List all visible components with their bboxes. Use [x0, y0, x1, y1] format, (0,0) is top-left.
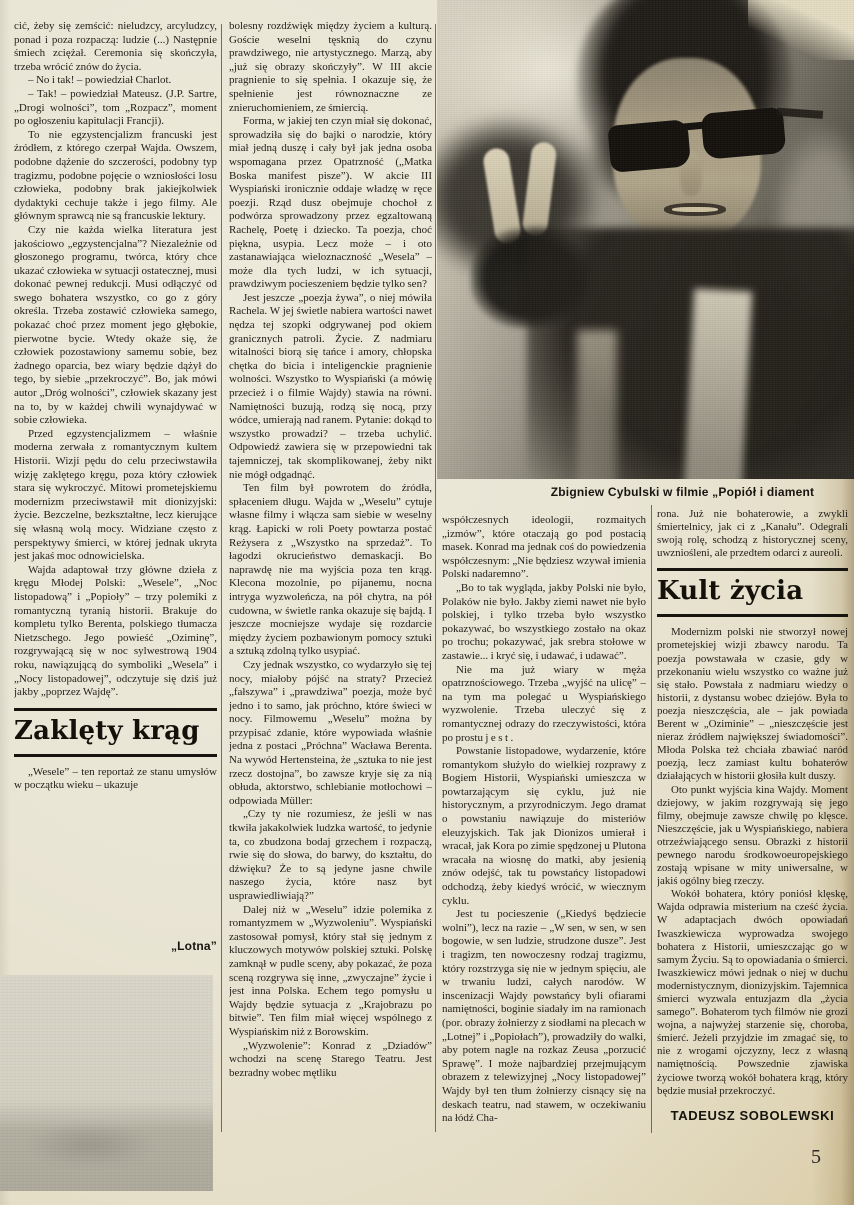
- column-rule-2: [435, 24, 436, 1132]
- photo-caption-lotna: „Lotna”: [14, 939, 217, 953]
- text-column-3: współczesnych ideologii, rozmaitych „izm…: [442, 514, 646, 1142]
- paragraph: Ten film był powrotem do źródła, spłacen…: [229, 482, 432, 659]
- paragraph: rona. Już nie bohaterowie, a zwykli śmie…: [657, 508, 848, 560]
- paragraph: współczesnych ideologii, rozmaitych „izm…: [442, 514, 646, 582]
- quote-paragraph: „Bo to tak wygląda, jakby Polski nie był…: [442, 582, 646, 664]
- paragraph: Oto punkt wyjścia kina Wajdy. Moment dzi…: [657, 784, 848, 889]
- paragraph: Dalej niż w „Weselu” idzie polemika z ro…: [229, 904, 432, 1040]
- paragraph: Powstanie listopadowe, wydarzenie, które…: [442, 745, 646, 908]
- paragraph: Czy nie każda wielka literatura jest jak…: [14, 224, 217, 428]
- paragraph: Przed egzystencjalizmem – właśnie modern…: [14, 428, 217, 564]
- text-column-1: cić, żeby się zemścić: nieludzcy, arcylu…: [14, 20, 217, 932]
- photo-cybulski: [437, 0, 854, 479]
- author-byline: TADEUSZ SOBOLEWSKI: [657, 1108, 848, 1123]
- paragraph: „Wyzwolenie”: Konrad z „Dziadów” wchodzi…: [229, 1040, 432, 1081]
- paragraph: cić, żeby się zemścić: nieludzcy, arcylu…: [14, 20, 217, 74]
- paragraph: Wajda adaptował trzy główne dzieła z krę…: [14, 564, 217, 700]
- paragraph: Forma, w jakiej ten czyn miał się dokona…: [229, 115, 432, 292]
- paragraph: To nie egzystencjalizm francuski jest źr…: [14, 129, 217, 224]
- page-number: 5: [796, 1146, 836, 1169]
- text-column-2: bolesny rozdźwięk między życiem a kultur…: [229, 20, 432, 1146]
- photo-caption-cybulski: Zbigniew Cybulski w filmie „Popiół i dia…: [515, 485, 850, 499]
- paragraph: Wokół bohatera, który poniósł klęskę, Wa…: [657, 888, 848, 1098]
- magazine-page: Zbigniew Cybulski w filmie „Popiół i dia…: [0, 0, 854, 1205]
- dialogue-line: – Tak! – powiedział Mateusz. (J.P. Sartr…: [14, 88, 217, 129]
- section-heading-kult-zycia: Kult życia: [657, 568, 848, 617]
- paragraph: Nie ma już wiary w męża opatrznościowego…: [442, 664, 646, 746]
- quote-paragraph: „Czy ty nie rozumiesz, że jeśli w nas tk…: [229, 808, 432, 903]
- paragraph: Modernizm polski nie stworzył nowej prom…: [657, 626, 848, 783]
- paragraph: „Wesele” – ten reportaż ze stanu umysłów…: [14, 766, 217, 793]
- dialogue-line: – No i tak! – powiedział Charlot.: [14, 74, 217, 88]
- paragraph: Jest jeszcze „poezja żywa”, o niej mówił…: [229, 292, 432, 482]
- text-column-4: rona. Już nie bohaterowie, a zwykli śmie…: [657, 508, 848, 1188]
- paragraph: Czy jednak wszystko, co wydarzyło się te…: [229, 659, 432, 809]
- photo-lotna: [0, 975, 213, 1191]
- paragraph: Jest tu pocieszenie („Kiedyś będziecie w…: [442, 908, 646, 1126]
- photo-grain-overlay: [437, 0, 854, 479]
- paragraph: bolesny rozdźwięk między życiem a kultur…: [229, 20, 432, 115]
- column-rule-1: [221, 24, 222, 1132]
- section-heading-zaklety-krag: Zaklęty krąg: [14, 708, 217, 757]
- column-rule-3: [651, 505, 652, 1133]
- photo-grain-overlay: [0, 975, 213, 1191]
